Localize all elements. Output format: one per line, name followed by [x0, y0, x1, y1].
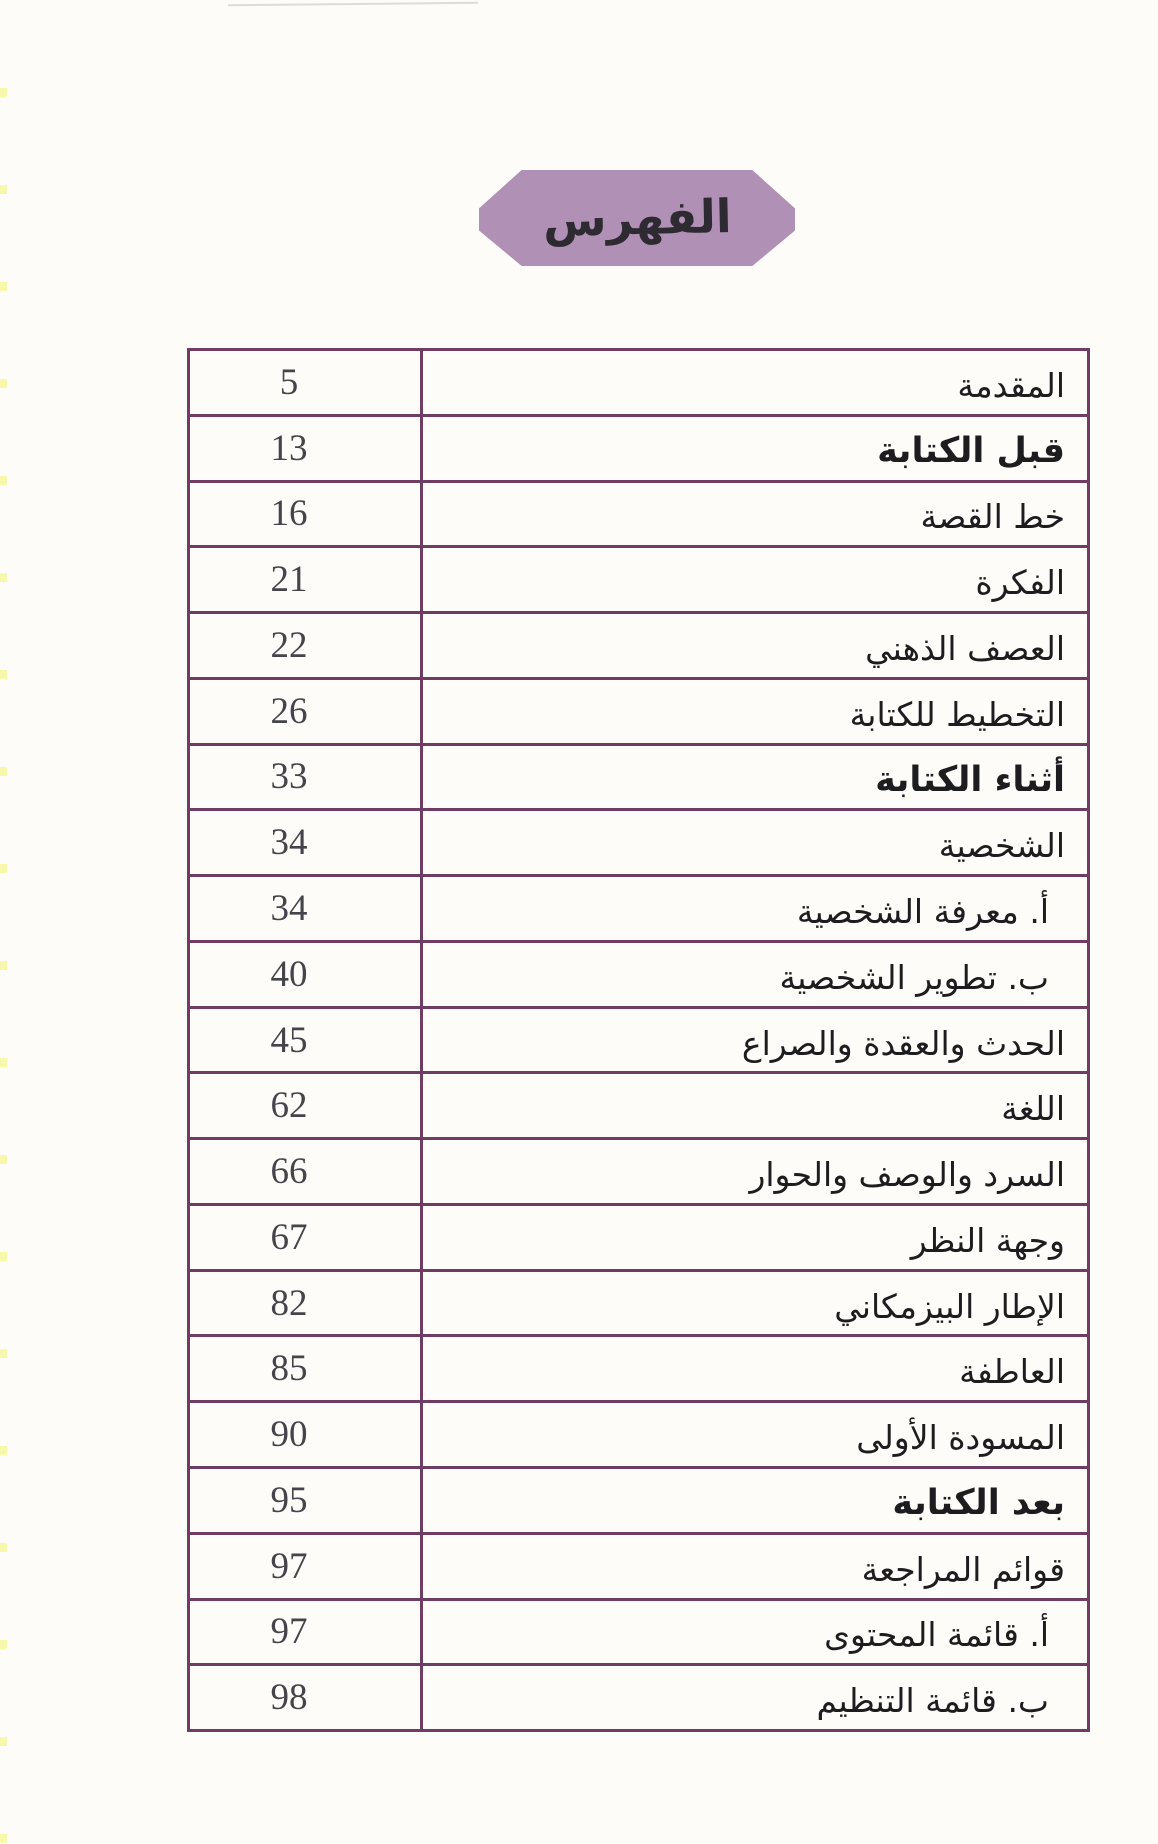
page-number-cell: 21: [190, 548, 423, 611]
chapter-title: خط القصة: [921, 497, 1065, 536]
chapter-title: ب. قائمة التنظيم: [817, 1681, 1049, 1720]
chapter-title-cell: الفكرة: [423, 548, 1087, 611]
page-number: 45: [271, 1019, 308, 1062]
chapter-title: السرد والوصف والحوار: [749, 1155, 1065, 1194]
chapter-title: قوائم المراجعة: [862, 1550, 1065, 1589]
page-number: 21: [271, 558, 308, 601]
chapter-title-cell: بعد الكتابة: [423, 1469, 1087, 1532]
table-row: 97أ. قائمة المحتوى: [190, 1601, 1087, 1667]
chapter-title-cell: قبل الكتابة: [423, 417, 1087, 480]
page-number: 98: [271, 1676, 308, 1719]
table-row: 21الفكرة: [190, 548, 1087, 614]
chapter-title-cell: الشخصية: [423, 811, 1087, 874]
chapter-title-cell: قوائم المراجعة: [423, 1535, 1087, 1598]
chapter-title-cell: السرد والوصف والحوار: [423, 1140, 1087, 1203]
table-row: 95بعد الكتابة: [190, 1469, 1087, 1535]
chapter-title: المسودة الأولى: [856, 1418, 1065, 1457]
table-row: 98ب. قائمة التنظيم: [190, 1666, 1087, 1729]
chapter-title: وجهة النظر: [911, 1221, 1065, 1260]
scan-edge-artifact: [0, 0, 7, 1844]
chapter-title-cell: المسودة الأولى: [423, 1403, 1087, 1466]
chapter-title: الفكرة: [975, 563, 1065, 602]
page-number: 85: [271, 1347, 308, 1390]
toc-header-badge: الفهرس: [479, 170, 795, 266]
page-number-cell: 98: [190, 1666, 423, 1729]
table-row: 67وجهة النظر: [190, 1206, 1087, 1272]
table-row: 45الحدث والعقدة والصراع: [190, 1009, 1087, 1075]
chapter-title: الشخصية: [939, 826, 1065, 865]
page-number-cell: 66: [190, 1140, 423, 1203]
chapter-title: الحدث والعقدة والصراع: [742, 1024, 1065, 1063]
page-number-cell: 34: [190, 811, 423, 874]
page-number: 22: [271, 624, 308, 667]
chapter-title-cell: التخطيط للكتابة: [423, 680, 1087, 743]
chapter-title: أ. معرفة الشخصية: [797, 892, 1049, 931]
page-number: 33: [271, 755, 308, 798]
chapter-title-cell: الإطار البيزمكاني: [423, 1272, 1087, 1335]
chapter-title-cell: العصف الذهني: [423, 614, 1087, 677]
page-number: 66: [271, 1150, 308, 1193]
chapter-title: التخطيط للكتابة: [850, 695, 1065, 734]
page-number-cell: 40: [190, 943, 423, 1006]
chapter-title-cell: خط القصة: [423, 483, 1087, 546]
chapter-title-cell: ب. تطوير الشخصية: [423, 943, 1087, 1006]
page-number: 34: [271, 821, 308, 864]
chapter-title: قبل الكتابة: [877, 431, 1065, 471]
table-row: 85العاطفة: [190, 1337, 1087, 1403]
table-row: 66السرد والوصف والحوار: [190, 1140, 1087, 1206]
table-row: 22العصف الذهني: [190, 614, 1087, 680]
page-number: 40: [271, 953, 308, 996]
page-number: 16: [271, 492, 308, 535]
chapter-title-cell: الحدث والعقدة والصراع: [423, 1009, 1087, 1072]
page-number-cell: 22: [190, 614, 423, 677]
page-number: 62: [271, 1084, 308, 1127]
page-number-cell: 33: [190, 746, 423, 809]
table-row: 5المقدمة: [190, 351, 1087, 417]
page-number-cell: 13: [190, 417, 423, 480]
table-row: 34أ. معرفة الشخصية: [190, 877, 1087, 943]
page-number-cell: 26: [190, 680, 423, 743]
table-row: 33أثناء الكتابة: [190, 746, 1087, 812]
page-number: 34: [271, 887, 308, 930]
page-number-cell: 95: [190, 1469, 423, 1532]
table-row: 13قبل الكتابة: [190, 417, 1087, 483]
page-number-cell: 82: [190, 1272, 423, 1335]
page-number: 97: [271, 1545, 308, 1588]
scanned-toc-page: { "badge": { "label": "الفهرس" }, "toc":…: [0, 0, 1158, 1844]
page-number: 90: [271, 1413, 308, 1456]
page-number: 82: [271, 1282, 308, 1325]
chapter-title: المقدمة: [957, 366, 1065, 405]
page-number: 13: [271, 427, 308, 470]
toc-table: 5المقدمة13قبل الكتابة16خط القصة21الفكرة2…: [187, 348, 1090, 1732]
table-row: 16خط القصة: [190, 483, 1087, 549]
table-row: 34الشخصية: [190, 811, 1087, 877]
chapter-title-cell: أثناء الكتابة: [423, 746, 1087, 809]
page-number-cell: 97: [190, 1601, 423, 1664]
chapter-title: أ. قائمة المحتوى: [824, 1615, 1049, 1654]
page-number: 97: [271, 1610, 308, 1653]
page-number: 5: [280, 361, 299, 404]
chapter-title-cell: ب. قائمة التنظيم: [423, 1666, 1087, 1729]
chapter-title-cell: المقدمة: [423, 351, 1087, 414]
page-number-cell: 34: [190, 877, 423, 940]
page-number-cell: 5: [190, 351, 423, 414]
scan-line-artifact: [228, 2, 478, 7]
chapter-title: العاطفة: [959, 1352, 1065, 1391]
page-number: 67: [271, 1216, 308, 1259]
chapter-title: العصف الذهني: [865, 629, 1065, 668]
table-row: 62اللغة: [190, 1074, 1087, 1140]
chapter-title-cell: أ. معرفة الشخصية: [423, 877, 1087, 940]
page-number-cell: 97: [190, 1535, 423, 1598]
page-number-cell: 67: [190, 1206, 423, 1269]
page-number: 95: [271, 1479, 308, 1522]
table-row: 90المسودة الأولى: [190, 1403, 1087, 1469]
table-row: 40ب. تطوير الشخصية: [190, 943, 1087, 1009]
chapter-title-cell: وجهة النظر: [423, 1206, 1087, 1269]
chapter-title: اللغة: [1001, 1089, 1065, 1128]
chapter-title-cell: اللغة: [423, 1074, 1087, 1137]
chapter-title-cell: أ. قائمة المحتوى: [423, 1601, 1087, 1664]
page-number-cell: 85: [190, 1337, 423, 1400]
chapter-title: الإطار البيزمكاني: [834, 1287, 1065, 1326]
chapter-title: ب. تطوير الشخصية: [780, 958, 1049, 997]
page-number: 26: [271, 690, 308, 733]
table-row: 26التخطيط للكتابة: [190, 680, 1087, 746]
chapter-title: بعد الكتابة: [892, 1483, 1065, 1523]
chapter-title: أثناء الكتابة: [875, 760, 1065, 800]
table-row: 97قوائم المراجعة: [190, 1535, 1087, 1601]
page-number-cell: 90: [190, 1403, 423, 1466]
toc-header-label: الفهرس: [542, 189, 732, 247]
page-number-cell: 16: [190, 483, 423, 546]
table-row: 82الإطار البيزمكاني: [190, 1272, 1087, 1338]
page-number-cell: 45: [190, 1009, 423, 1072]
page-number-cell: 62: [190, 1074, 423, 1137]
chapter-title-cell: العاطفة: [423, 1337, 1087, 1400]
